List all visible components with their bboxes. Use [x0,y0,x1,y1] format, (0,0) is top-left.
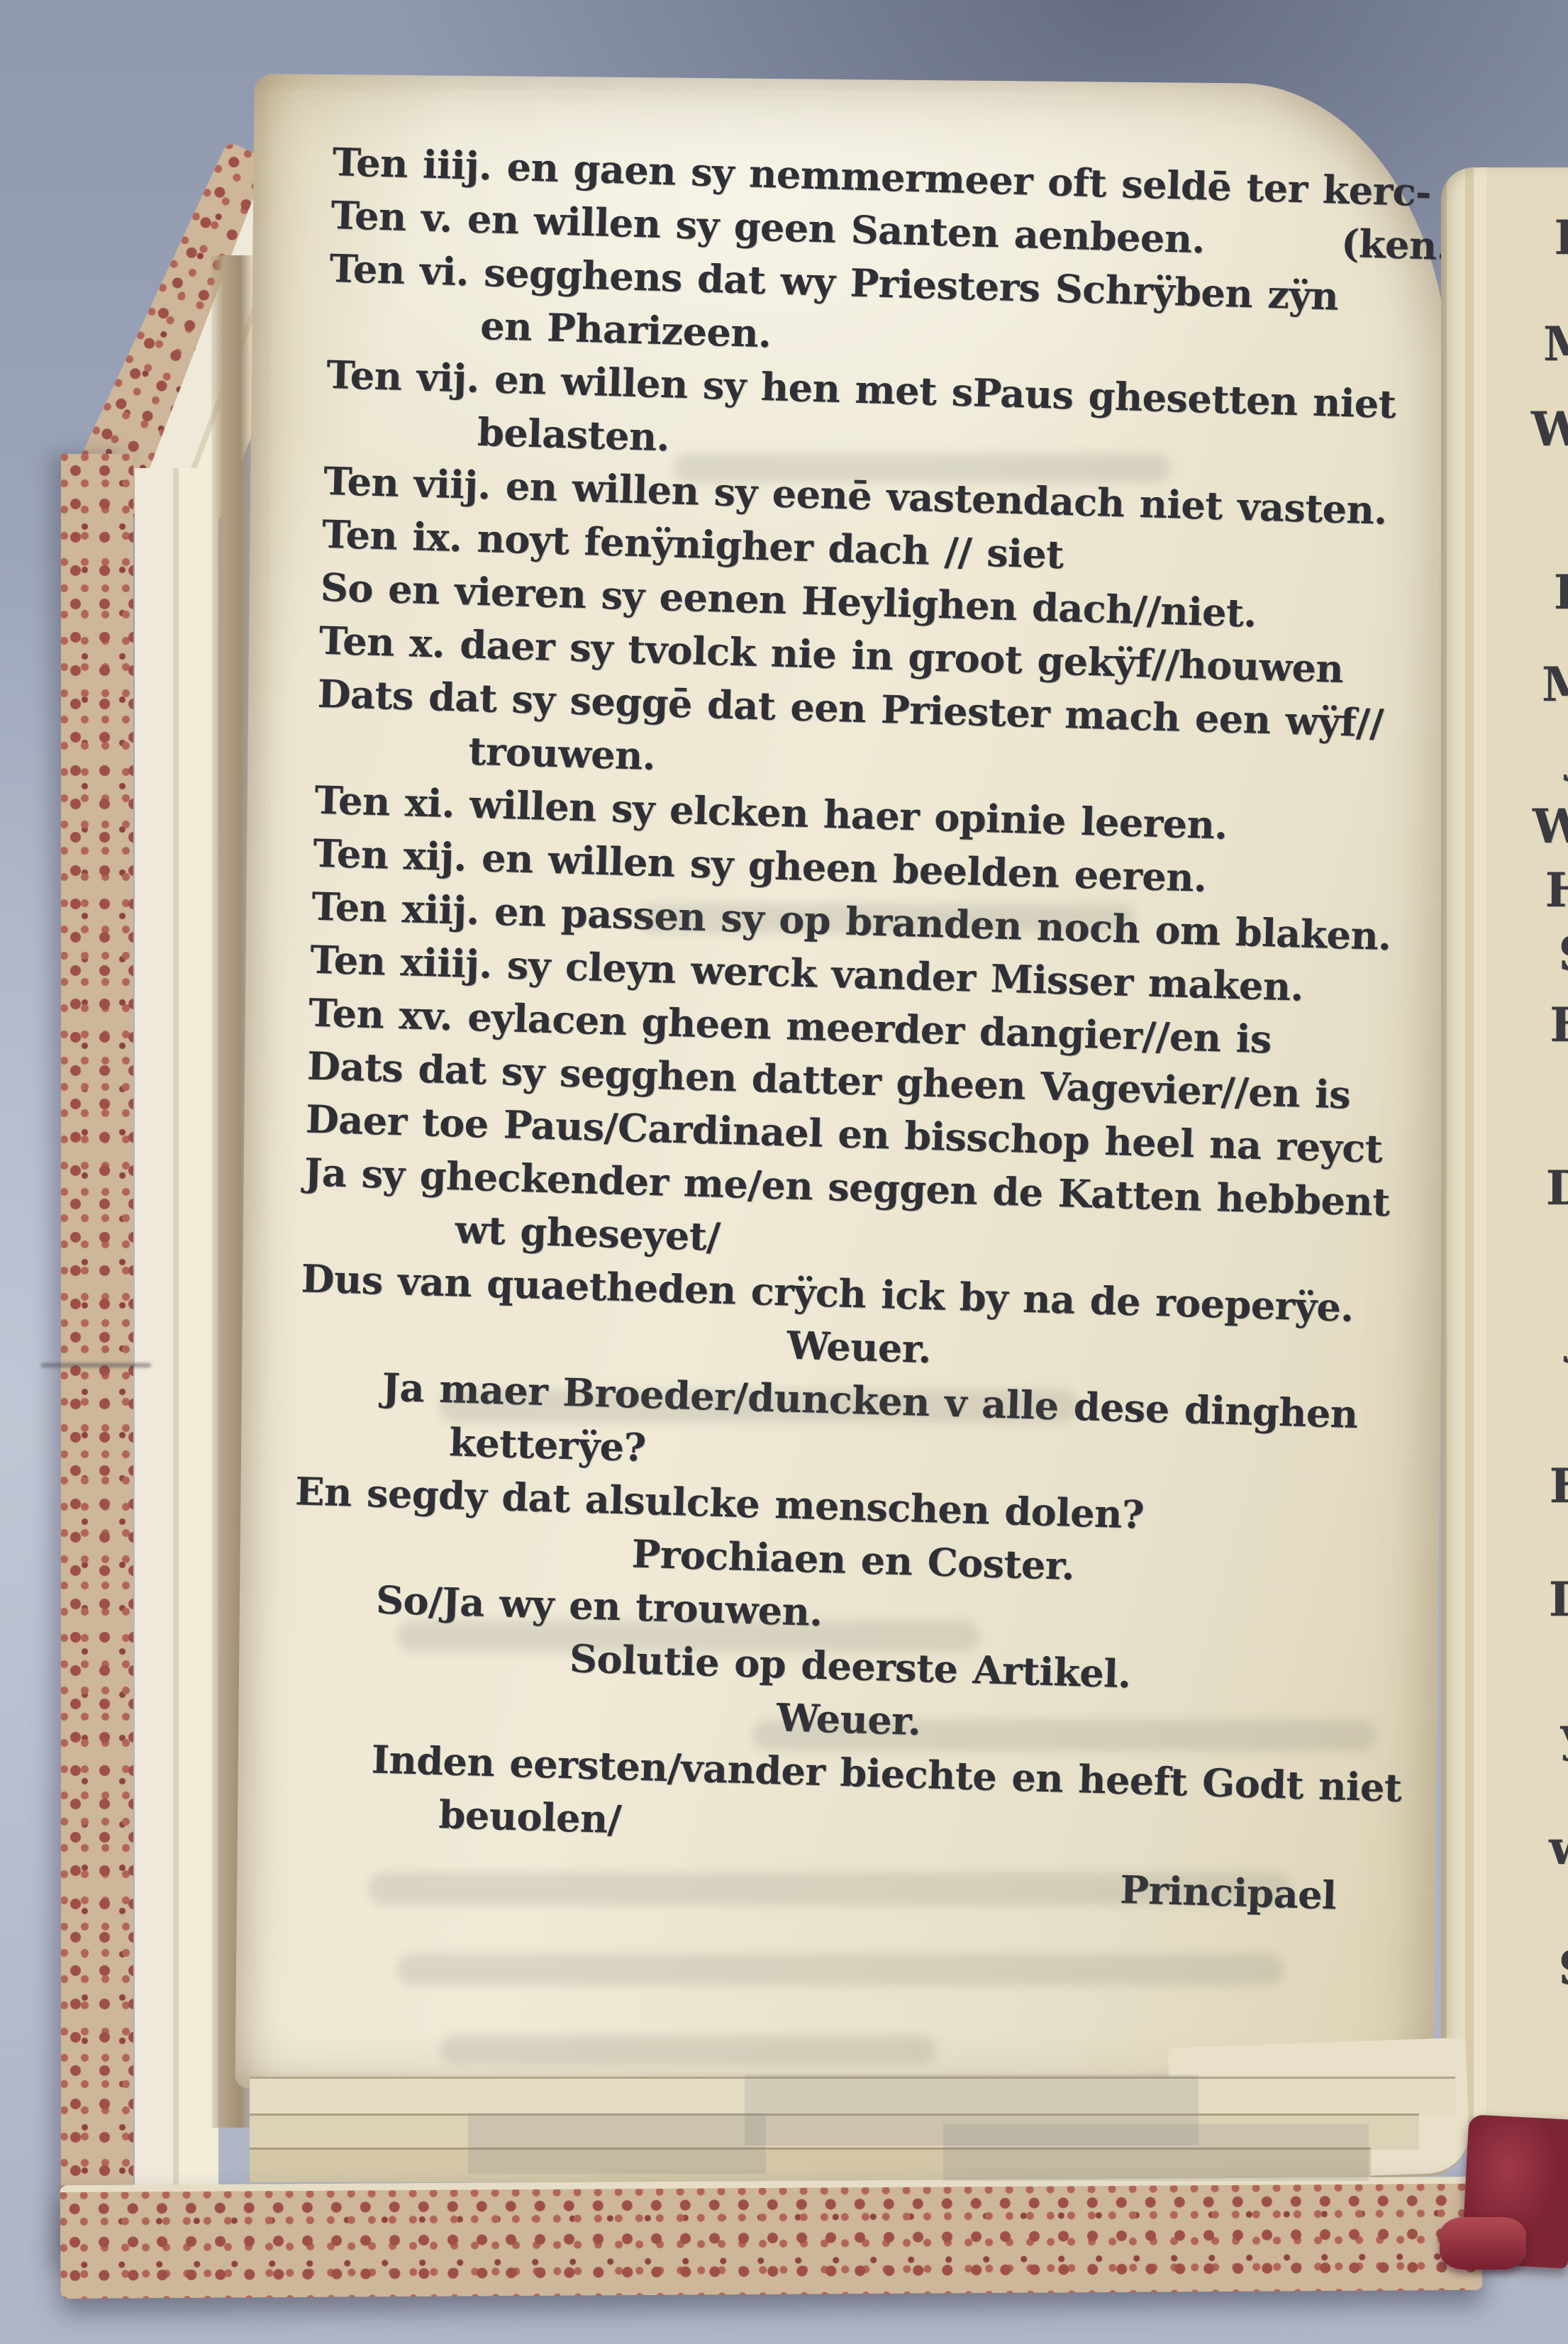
cutoff-letter: B [1550,997,1568,1052]
cutoff-letter: D [1549,1572,1568,1627]
bleedthrough-smudge [440,1390,1078,1423]
margin-pencil-mark [41,1363,151,1367]
bleedthrough-smudge [638,904,1135,933]
photo-artifact [468,2114,766,2174]
cutoff-letter: E [1554,565,1568,620]
bleedthrough-smudge [397,1954,1284,1985]
cutoff-letter: D [1546,1160,1568,1216]
flyleaf-edge [135,468,218,2206]
adjacent-page-fore-edge: P M W E M J W H S B D J H D y w S [1441,167,1568,2121]
cutoff-letter: W [1533,799,1568,854]
cutoff-letter: S [1558,926,1568,982]
bleedthrough-smudge [369,1872,1291,1905]
cutoff-letter: M [1542,657,1568,712]
cutoff-letter: y [1561,1706,1568,1762]
marbled-cover-bottom-edge [60,2177,1483,2299]
cutoff-letter: w [1549,1820,1568,1875]
photo-artifact [943,2124,1369,2181]
cutoff-letter: H [1550,1458,1568,1513]
bleedthrough-smudge [752,1720,1376,1751]
bleedthrough-smudge [440,2035,936,2064]
cutoff-letter: H [1545,862,1568,918]
bleedthrough-smudge [397,1621,979,1652]
cutoff-letter: M [1543,316,1568,372]
text-block: Ten iiij. en gaen sy nemmermeer oft seld… [284,135,1452,1924]
marbled-cover-left-edge [61,454,133,2270]
red-leather-strip [1440,2217,1526,2270]
hyphen-carry: (ken. [1340,217,1450,273]
book-page: Ten iiij. en gaen sy nemmermeer oft seld… [235,74,1452,2099]
cutoff-letter: P [1554,210,1568,265]
bleedthrough-smudge [674,454,1170,482]
cutoff-letter: W [1531,401,1568,457]
cutoff-letter: S [1558,1940,1568,1996]
